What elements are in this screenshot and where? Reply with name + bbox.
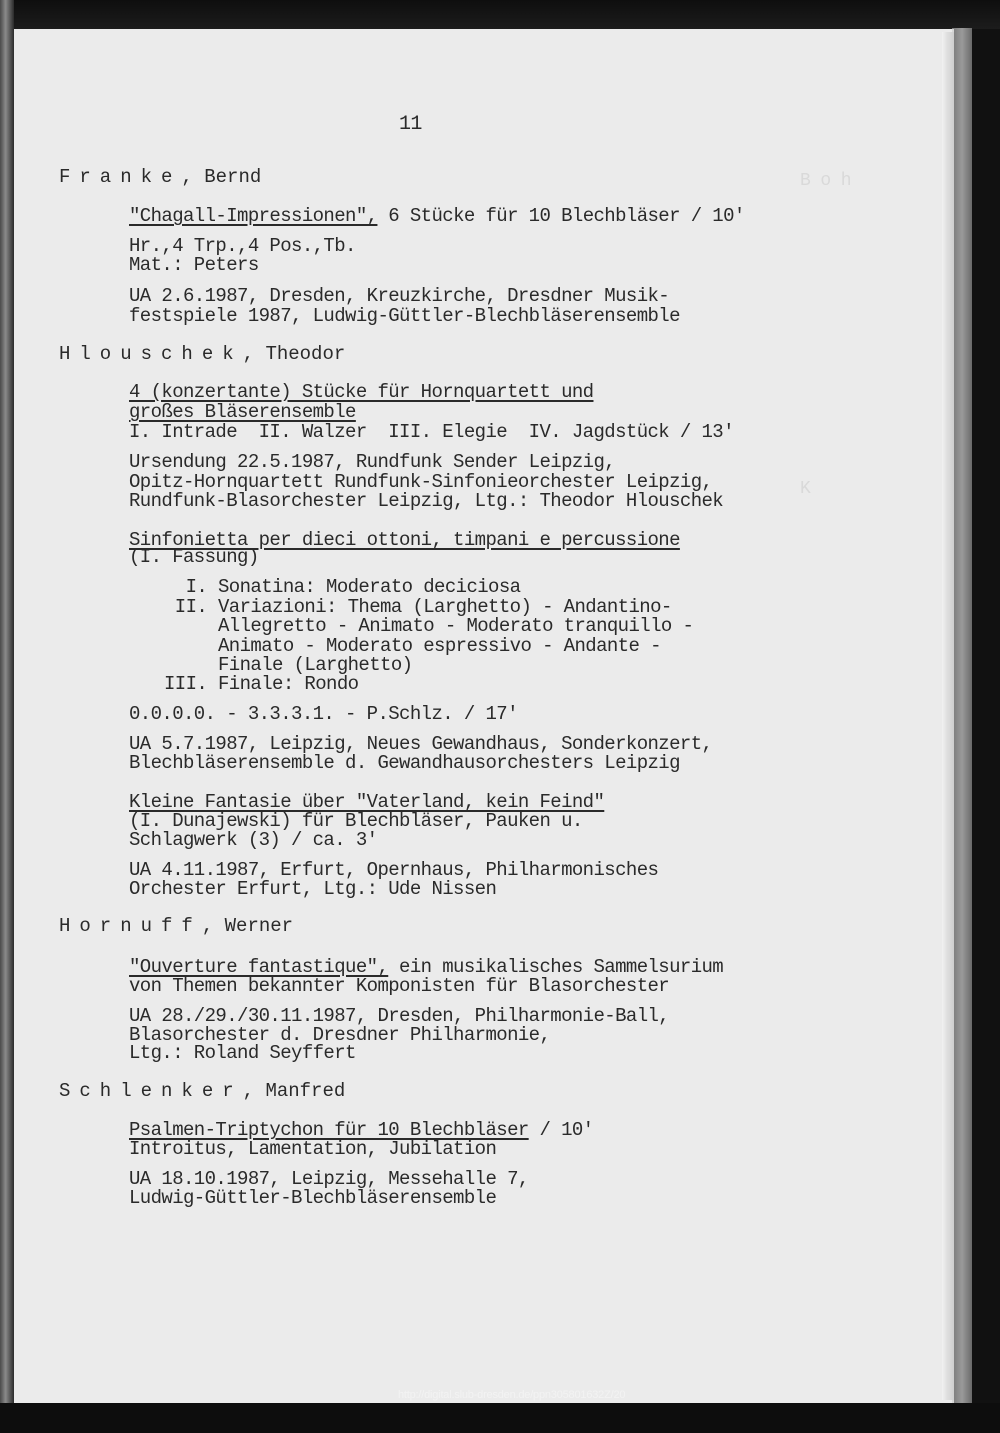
work-title-suffix: 6 Stücke für 10 Blechbläser / 10' [377, 205, 744, 227]
page-number: 11 [399, 115, 422, 134]
movement-line: Allegretto - Animato - Moderato tranquil… [164, 617, 693, 636]
premiere-line: Blechbläserensemble d. Gewandhausorchest… [129, 754, 680, 773]
work-subtitle: (I. Fassung) [129, 548, 259, 567]
author-heading: Hornuff, Werner [59, 917, 293, 936]
work-title: großes Bläserensemble [129, 403, 356, 422]
book-spine [0, 0, 14, 1433]
author-surname: Schlenker [59, 1080, 243, 1102]
author-surname: Hlouschek [59, 343, 243, 365]
movements-line: I. Intrade II. Walzer III. Elegie IV. Ja… [129, 423, 734, 442]
author-given-name: Werner [225, 915, 293, 937]
premiere-line: Ltg.: Roland Seyffert [129, 1044, 356, 1063]
work-details: von Themen bekannter Komponisten für Bla… [129, 977, 669, 996]
digitization-watermark-url: http://digital.slub-dresden.de/ppn305801… [398, 1389, 625, 1401]
movement-line: I. Sonatina: Moderato deciciosa [164, 578, 520, 597]
instrumentation: 0.0.0.0. - 3.3.3.1. - P.Schlz. / 17' [129, 705, 518, 724]
work-title: 4 (konzertante) Stücke für Hornquartett … [129, 383, 593, 402]
work-details: Schlagwerk (3) / ca. 3' [129, 831, 377, 850]
author-heading: Hlouschek, Theodor [59, 345, 345, 364]
page-stack-edge [942, 32, 954, 1400]
work-title-line: "Chagall-Impressionen", 6 Stücke für 10 … [129, 207, 745, 226]
premiere-line: Rundfunk-Blasorchester Leipzig, Ltg.: Th… [129, 492, 723, 511]
scan-bottom-band [0, 1403, 1000, 1433]
publisher: Mat.: Peters [129, 256, 259, 275]
author-given-name: Theodor [265, 343, 345, 365]
book-cover-edge [952, 28, 972, 1408]
premiere-line: Ursendung 22.5.1987, Rundfunk Sender Lei… [129, 453, 615, 472]
author-given-name: Manfred [265, 1080, 345, 1102]
premiere-line: Orchester Erfurt, Ltg.: Ude Nissen [129, 880, 496, 899]
author-surname: Hornuff [59, 915, 202, 937]
premiere-line: UA 2.6.1987, Dresden, Kreuzkirche, Dresd… [129, 287, 669, 306]
work-details: Introitus, Lamentation, Jubilation [129, 1140, 496, 1159]
author-heading: Franke, Bernd [59, 168, 261, 187]
movement-line: III. Finale: Rondo [164, 675, 358, 694]
bleed-through-text: K [800, 480, 810, 499]
author-heading: Schlenker, Manfred [59, 1082, 345, 1101]
bleed-through-text: B o h [800, 172, 851, 191]
premiere-line: Ludwig-Güttler-Blechbläserensemble [129, 1189, 496, 1208]
author-surname: Franke [59, 166, 181, 188]
author-given-name: Bernd [204, 166, 261, 188]
work-title: "Chagall-Impressionen", [129, 205, 377, 227]
premiere-line: festspiele 1987, Ludwig-Güttler-Blechblä… [129, 307, 680, 326]
work-title-suffix: / 10' [529, 1119, 594, 1141]
